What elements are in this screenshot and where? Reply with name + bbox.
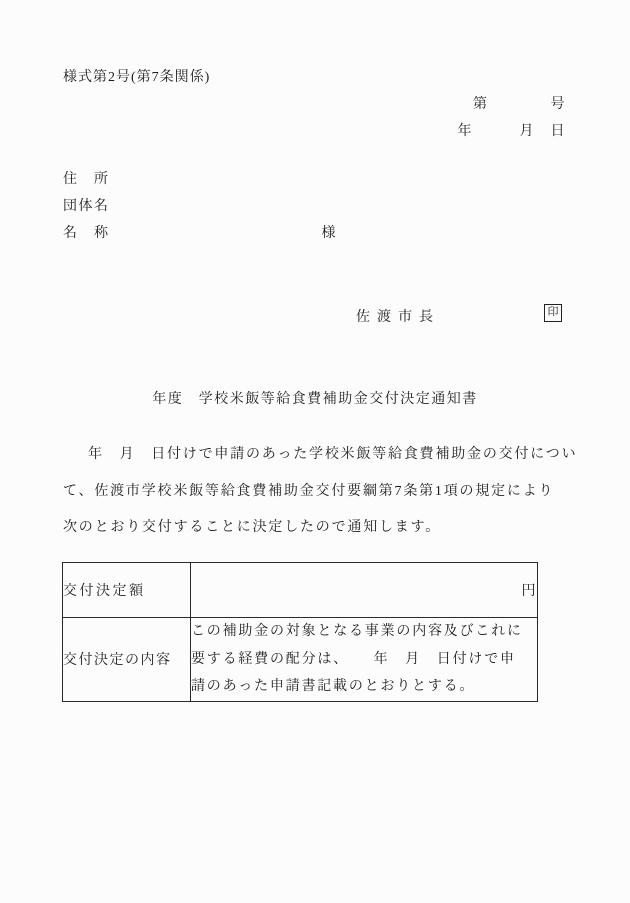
grant-decision-table: 交付決定額 円 交付決定の内容 この補助金の対象となる事業の内容及びこれに 要す… <box>62 562 538 702</box>
detail-label-cell: 交付決定の内容 <box>63 618 191 702</box>
amount-label-cell: 交付決定額 <box>63 563 191 618</box>
recipient-address-label: 住 所 <box>63 166 337 193</box>
document-page: 様式第2号(第7条関係) 第 号 年 月 日 住 所 団体名 名 称様 佐渡市長… <box>0 0 630 903</box>
body-line: 年 月 日付けで申請のあった学校米飯等給食費補助金の交付につい <box>63 437 583 474</box>
body-line: て、佐渡市学校米飯等給食費補助金交付要綱第7条第1項の規定により <box>63 474 583 511</box>
recipient-name-line: 名 称様 <box>63 220 337 247</box>
honorific-sama: 様 <box>322 226 338 241</box>
table-row-amount: 交付決定額 円 <box>63 563 538 618</box>
document-title: 年度 学校米飯等給食費補助金交付決定通知書 <box>0 388 630 408</box>
detail-line: 要する経費の配分は、 年 月 日付けで申 <box>191 646 537 674</box>
recipient-name-label: 名 称 <box>63 226 110 241</box>
recipient-org-label: 団体名 <box>63 193 337 220</box>
detail-line: 請のあった申請書記載のとおりとする。 <box>191 673 537 701</box>
document-date-line: 年 月 日 <box>458 118 567 145</box>
sender-block: 佐渡市長 印 <box>0 304 630 326</box>
seal-mark: 印 <box>544 304 562 322</box>
document-number-line: 第 号 <box>458 91 567 118</box>
table-row-detail: 交付決定の内容 この補助金の対象となる事業の内容及びこれに 要する経費の配分は、… <box>63 618 538 702</box>
amount-value-cell: 円 <box>191 563 538 618</box>
body-paragraph: 年 月 日付けで申請のあった学校米飯等給食費補助金の交付につい て、佐渡市学校米… <box>63 437 583 547</box>
recipient-block: 住 所 団体名 名 称様 <box>63 166 337 247</box>
detail-line: この補助金の対象となる事業の内容及びこれに <box>191 618 537 646</box>
body-line: 次のとおり交付することに決定したので通知します。 <box>63 510 583 547</box>
form-number: 様式第2号(第7条関係) <box>63 66 210 86</box>
detail-value-cell: この補助金の対象となる事業の内容及びこれに 要する経費の配分は、 年 月 日付け… <box>191 618 538 702</box>
sender-mayor-title: 佐渡市長 <box>356 306 440 326</box>
document-number-block: 第 号 年 月 日 <box>458 91 567 145</box>
